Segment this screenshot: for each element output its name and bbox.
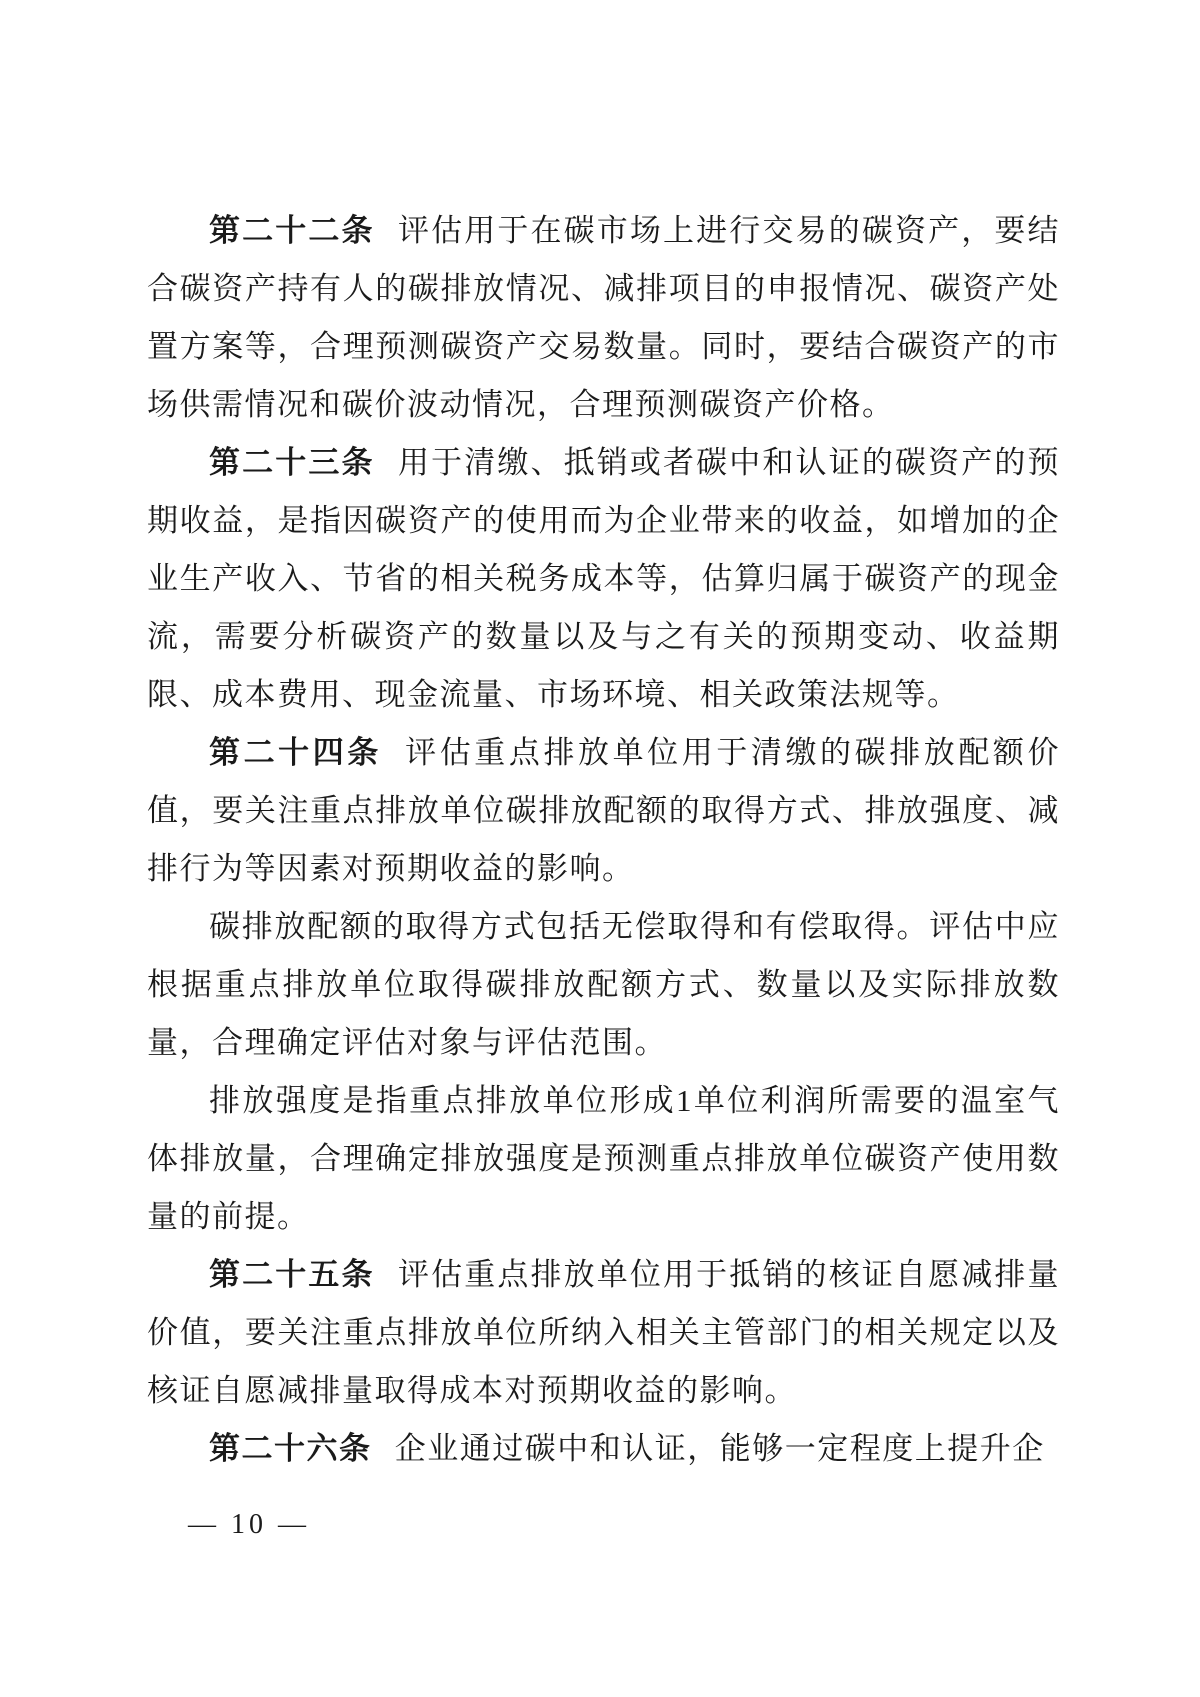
article-number-label: 第二十五条 — [209, 1257, 375, 1292]
paragraph-allowance-acquisition: 碳排放配额的取得方式包括无偿取得和有偿取得。评估中应根据重点排放单位取得碳排放配… — [147, 898, 1060, 1072]
article-number-label: 第二十三条 — [209, 445, 375, 480]
paragraph-article-25: 第二十五条评估重点排放单位用于抵销的核证自愿减排量价值，要关注重点排放单位所纳入… — [147, 1246, 1060, 1420]
paragraph-article-22: 第二十二条评估用于在碳市场上进行交易的碳资产，要结合碳资产持有人的碳排放情况、减… — [147, 202, 1060, 434]
page-number: — 10 — — [188, 1508, 310, 1542]
paragraph-text: 用于清缴、抵销或者碳中和认证的碳资产的预期收益，是指因碳资产的使用而为企业带来的… — [147, 445, 1060, 712]
paragraph-article-23: 第二十三条用于清缴、抵销或者碳中和认证的碳资产的预期收益，是指因碳资产的使用而为… — [147, 434, 1060, 724]
paragraph-article-24: 第二十四条评估重点排放单位用于清缴的碳排放配额价值，要关注重点排放单位碳排放配额… — [147, 724, 1060, 898]
document-body: 第二十二条评估用于在碳市场上进行交易的碳资产，要结合碳资产持有人的碳排放情况、减… — [147, 202, 1060, 1478]
document-page: 第二十二条评估用于在碳市场上进行交易的碳资产，要结合碳资产持有人的碳排放情况、减… — [0, 0, 1200, 1697]
article-number-label: 第二十二条 — [209, 213, 375, 248]
paragraph-text: 企业通过碳中和认证，能够一定程度上提升企 — [395, 1431, 1045, 1466]
paragraph-text: 碳排放配额的取得方式包括无偿取得和有偿取得。评估中应根据重点排放单位取得碳排放配… — [147, 909, 1060, 1060]
article-number-label: 第二十六条 — [209, 1431, 372, 1466]
article-number-label: 第二十四条 — [209, 735, 382, 770]
paragraph-emission-intensity: 排放强度是指重点排放单位形成1单位利润所需要的温室气体排放量，合理确定排放强度是… — [147, 1072, 1060, 1246]
paragraph-text: 排放强度是指重点排放单位形成1单位利润所需要的温室气体排放量，合理确定排放强度是… — [147, 1083, 1060, 1234]
paragraph-article-26: 第二十六条企业通过碳中和认证，能够一定程度上提升企 — [147, 1420, 1060, 1478]
